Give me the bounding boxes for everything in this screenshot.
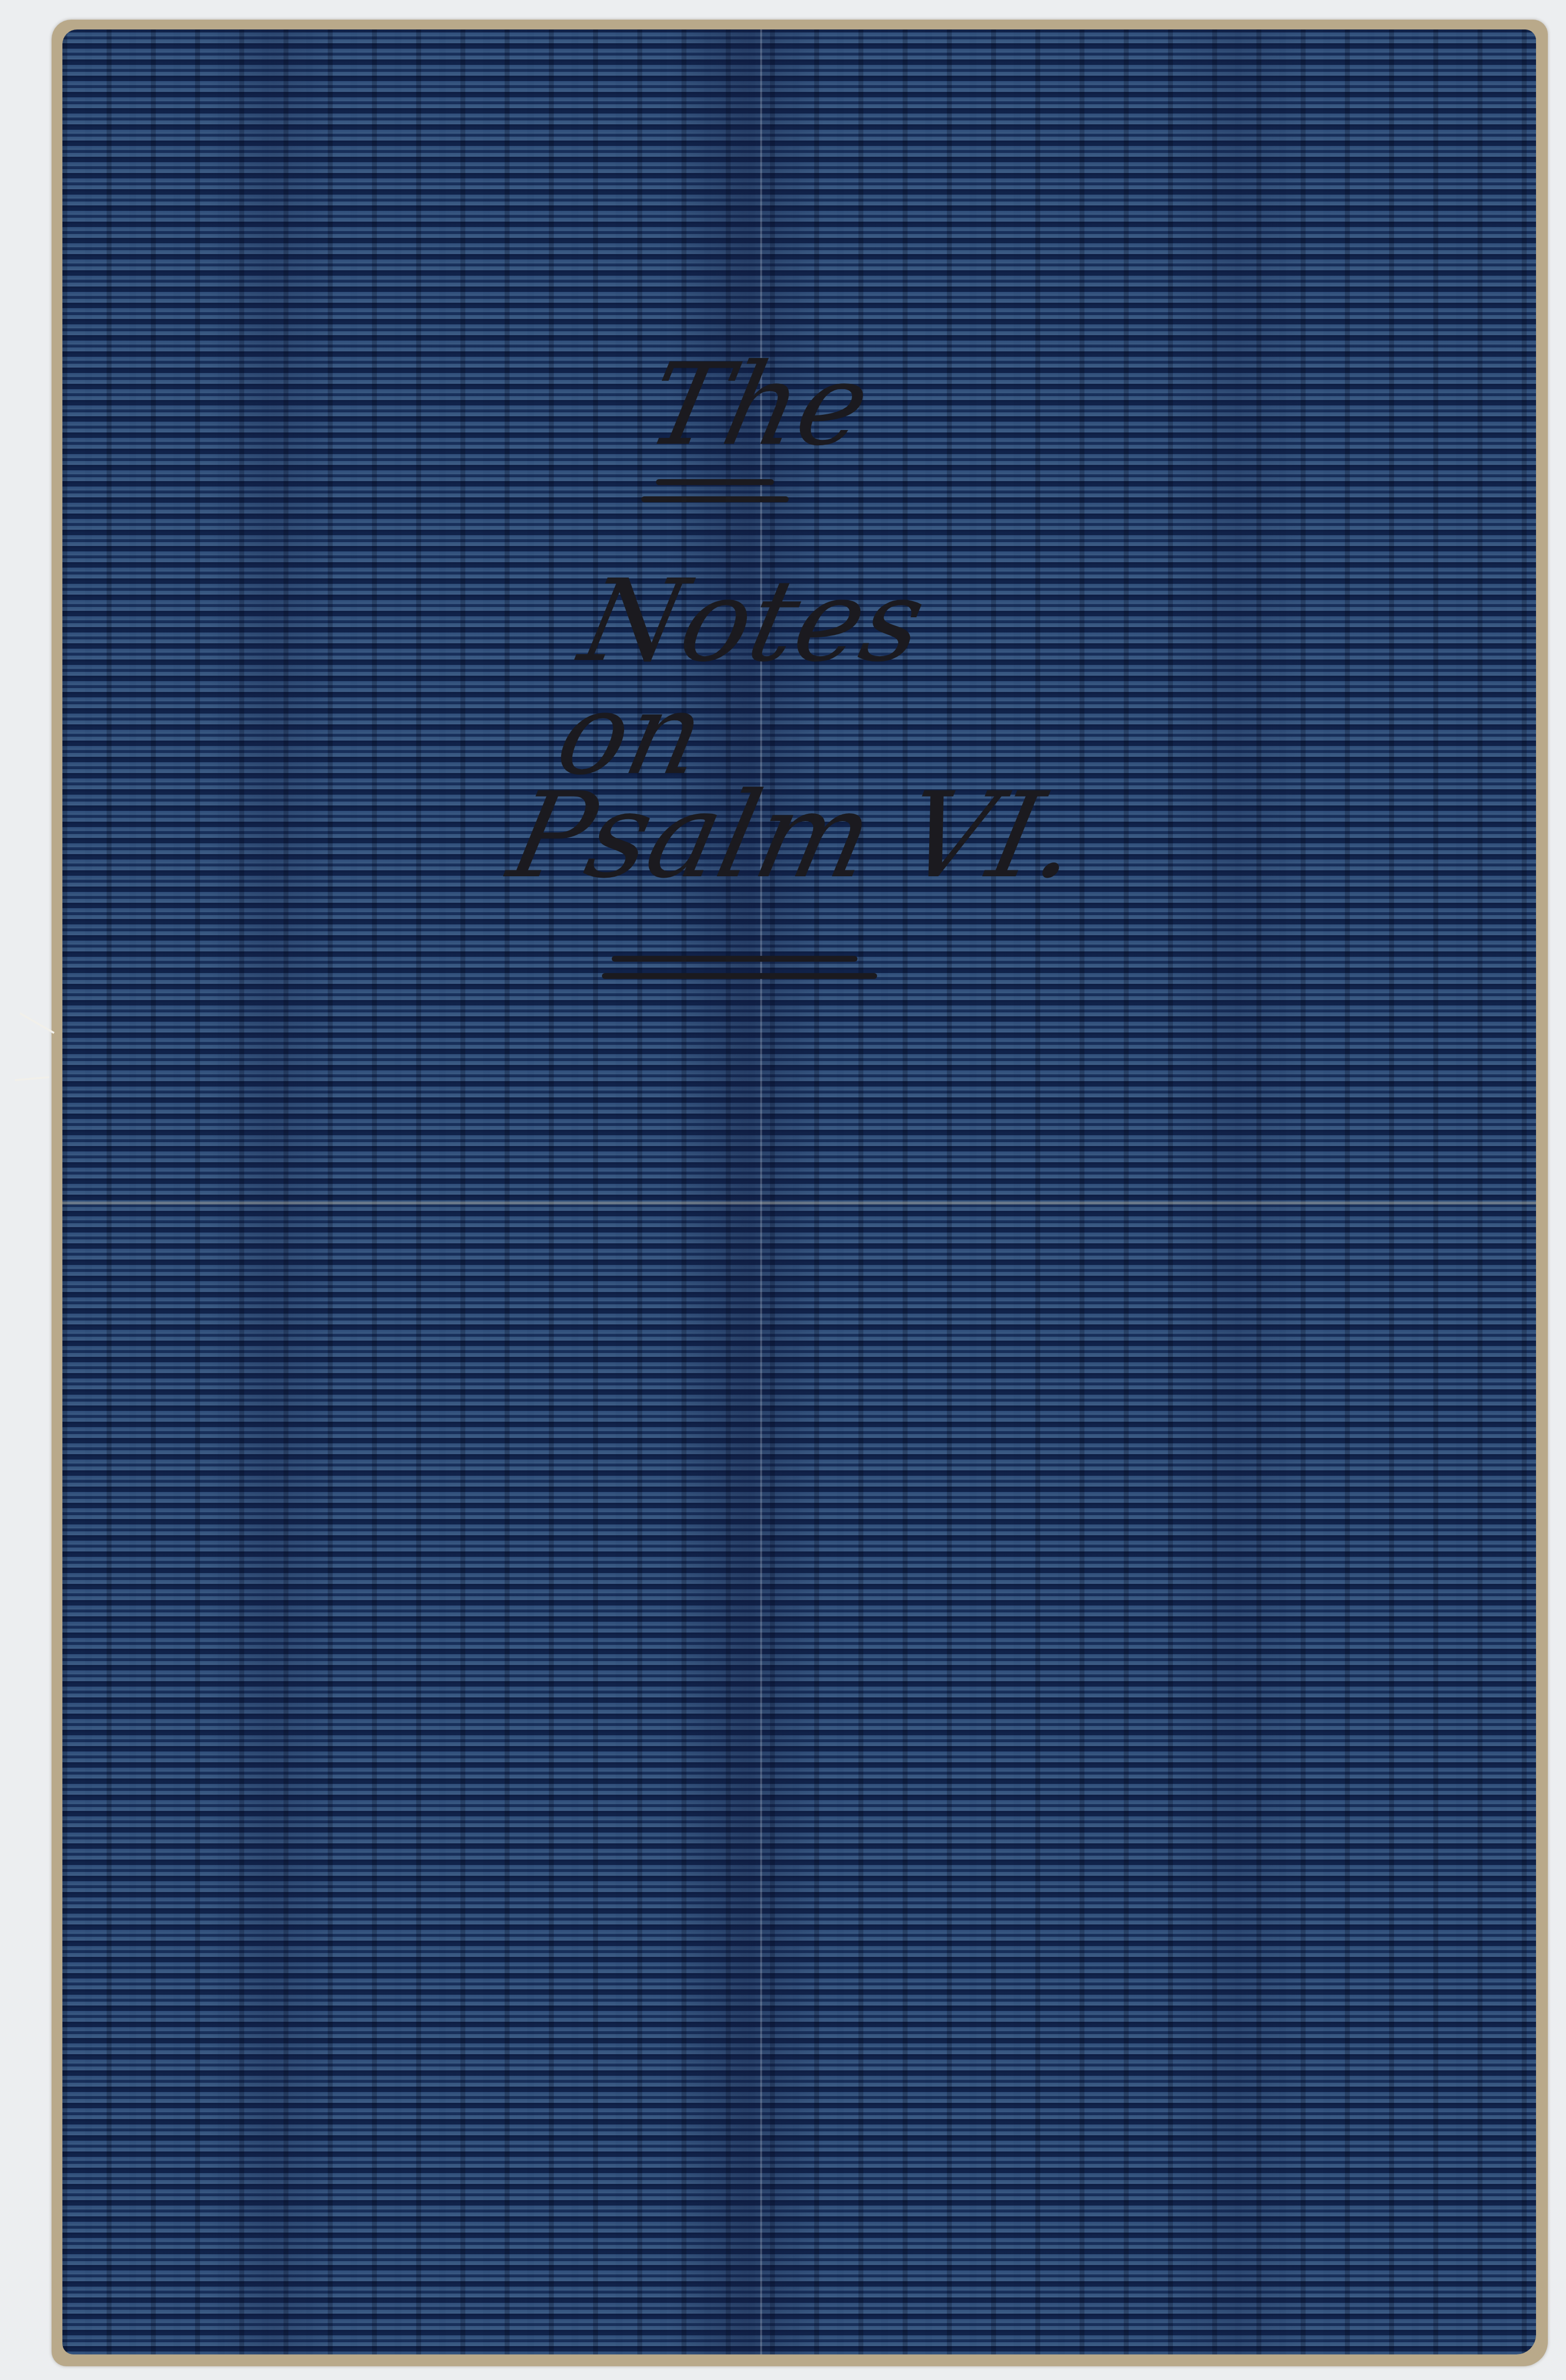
binding-thread-icon xyxy=(20,1012,55,1033)
horizontal-fold-crease xyxy=(62,1202,1536,1204)
notebook-cover: The Notes on Psalm VI. xyxy=(52,20,1548,2366)
title-underline xyxy=(641,496,789,502)
binding-thread-icon xyxy=(15,1076,49,1081)
title-line-psalm: Psalm VI. xyxy=(501,776,1089,894)
marble-streak xyxy=(1163,29,1310,2354)
title-line-notes-on: Notes on xyxy=(548,565,1108,791)
marble-streak xyxy=(210,29,338,2354)
title-underline xyxy=(656,479,774,485)
title-underline xyxy=(612,956,857,962)
title-underline xyxy=(602,973,877,979)
title-line-the: The xyxy=(639,349,879,462)
